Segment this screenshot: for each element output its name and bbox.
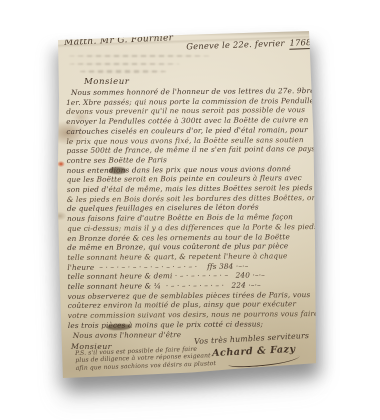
letter-body: Nous sommes honnoré de l'honneur de vos … [66, 86, 314, 340]
date-year-underlined: 1768 [289, 37, 312, 50]
addressee-annotation: Matth. Mr G. Fournier [64, 33, 174, 48]
paper-shadow-wrap: Matth. Mr G. Fournier Geneve le 22e. fev… [0, 0, 380, 420]
ink-showthrough [69, 55, 211, 78]
letter-line: telle sonnant heure & quart, & repetent … [67, 251, 313, 263]
showthrough-line [69, 63, 180, 65]
place-date: Geneve le 22e. fevrier 1768 [186, 37, 312, 51]
postscript: P.S. s'il vous est possible de faire fai… [75, 345, 226, 372]
letter-line: passe 500tt de france, de même il ne s'e… [66, 144, 312, 156]
showthrough-line [69, 55, 211, 57]
showthrough-line [80, 70, 165, 72]
letter-paper: Matth. Mr G. Fournier Geneve le 22e. fev… [57, 31, 316, 378]
salutation: Monsieur [84, 77, 129, 87]
ink-smudge [109, 167, 126, 174]
letter-photograph: Matth. Mr G. Fournier Geneve le 22e. fev… [0, 0, 380, 420]
place-date-text: Geneve le 22e. fevrier [186, 38, 285, 51]
